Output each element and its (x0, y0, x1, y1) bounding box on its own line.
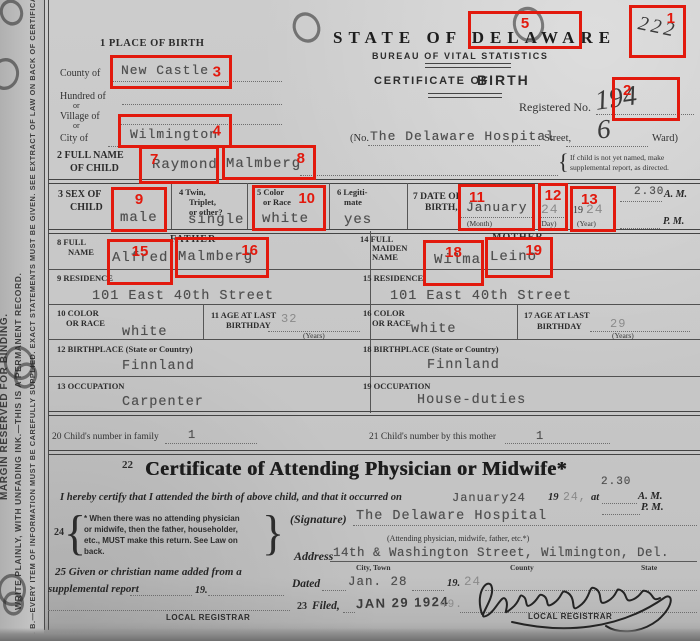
father-age-label-2: BIRTHDAY (226, 320, 271, 330)
annotation-number: 9 (135, 192, 143, 207)
annotation-box-15[interactable]: 15 (107, 239, 173, 285)
note-24-line-2: or midwife, then the father, householder… (84, 525, 238, 534)
note-brace: { (558, 149, 569, 175)
or-label-1: or (73, 101, 80, 110)
unnamed-child-note-1: If child is not yet named, make (570, 153, 664, 162)
annotation-box-5[interactable]: 5 (468, 11, 582, 49)
note-24-number: 24 (54, 527, 64, 538)
mother-color-label-1: 16 COLOR (363, 308, 405, 318)
dated-label: Dated (292, 578, 320, 590)
annotation-box-16[interactable]: 16 (175, 237, 269, 278)
annotation-box-1[interactable]: 1 (629, 5, 686, 58)
mother-birthplace-value: Finnland (427, 358, 500, 373)
dob-label-1: 7 DATE OF (413, 192, 461, 202)
annotation-number: 3 (213, 65, 221, 80)
ward-number-value: 6 (596, 113, 612, 145)
dated-value: Jan. 28 (348, 575, 408, 589)
margin-nb-text: N. B.—EVERY ITEM OF INFORMATION MUST BE … (28, 0, 37, 640)
annotation-number: 18 (445, 245, 462, 260)
note-brace-left: { (64, 505, 86, 561)
mother-name-label-3: NAME (372, 252, 398, 262)
dotted-line (122, 103, 282, 105)
legitimate-label-1: 6 Legiti- (337, 187, 367, 197)
annotation-box-2[interactable]: 2 (612, 77, 680, 121)
certify-time-value: 2.30 (601, 476, 631, 488)
mother-birthplace-label: 18 BIRTHPLACE (State or Country) (363, 344, 499, 354)
annotation-number: 10 (298, 191, 315, 206)
twin-value: single (188, 212, 244, 228)
dotted-line (412, 589, 444, 591)
certify-at-label: at (591, 492, 599, 503)
local-registrar-left-label: LOCAL REGISTRAR (166, 613, 250, 622)
annotation-box-11[interactable]: 11 (458, 184, 535, 231)
hospital-no-label: (No. (350, 133, 369, 144)
annotation-box-9[interactable]: 9 (111, 187, 167, 232)
father-occupation-label: 13 OCCUPATION (57, 381, 124, 391)
rule (171, 183, 172, 229)
father-color-value: white (122, 325, 168, 340)
annotation-number: 15 (132, 244, 149, 259)
mother-color-label-2: OR RACE (372, 318, 411, 328)
city-label: City of (60, 133, 88, 144)
mother-age-value: 29 (610, 317, 626, 331)
father-age-value: 32 (281, 312, 297, 326)
rule (48, 304, 700, 305)
dotted-line (130, 594, 192, 596)
filed-date-stamp: JAN 29 1924 (356, 594, 449, 611)
rule (330, 561, 697, 562)
birth-label: BIRTH (477, 72, 530, 88)
annotation-number: 12 (545, 188, 562, 203)
pm-label: P. M. (663, 216, 684, 227)
dotted-line (322, 589, 346, 591)
rule (407, 183, 408, 229)
note-brace-right: } (262, 505, 284, 561)
legitimate-label-2: mate (344, 197, 362, 207)
address-label: Address (294, 549, 333, 564)
scan-edge-shadow (0, 628, 700, 641)
child-number-family-value: 1 (188, 428, 196, 442)
father-residence-value: 101 East 40th Street (92, 289, 274, 304)
certify-year-value: 24, (563, 491, 587, 504)
note-24-line-3: etc., MUST make this return. See Law on (84, 536, 238, 545)
rule (517, 304, 518, 339)
annotation-number: 5 (521, 16, 529, 31)
sex-label-1: 3 SEX OF (58, 189, 101, 200)
dob-label-2: BIRTH, (425, 203, 458, 213)
annotation-number: 2 (623, 83, 631, 98)
registered-no-label: Registered No. (519, 100, 591, 115)
dotted-line (620, 200, 662, 202)
hospital-name-value: The Delaware Hospital (370, 129, 555, 144)
note-24-line-1: * When there was no attending physician (84, 514, 240, 523)
annotation-number: 16 (241, 243, 258, 258)
father-name-label-1: 8 FULL (57, 237, 86, 247)
physician-certificate-heading: Certificate of Attending Physician or Mi… (145, 458, 567, 481)
annotation-box-10[interactable]: 10 (252, 185, 326, 231)
annotation-number: 4 (213, 124, 221, 139)
margin-binding-text: MARGIN RESERVED FOR BINDING. (0, 30, 10, 500)
city-town-label: City, Town (356, 563, 391, 572)
binder-hole-mark (3, 591, 24, 615)
child-name-label-1: 2 FULL NAME (57, 150, 124, 161)
certificate-of-label: CERTIFICATE OF (374, 75, 489, 87)
mother-years-label: (Years) (612, 331, 634, 340)
father-age-label-1: 11 AGE AT LAST (211, 310, 276, 320)
unnamed-child-note-2: supplemental report, as directed. (570, 163, 669, 172)
annotation-box-13[interactable]: 13 (570, 186, 616, 232)
address-value: 14th & Washington Street, Wilmington, De… (333, 546, 669, 560)
annotation-box-3[interactable]: 3 (110, 55, 232, 89)
birth-time-value: 2.30 (634, 186, 664, 198)
father-occupation-value: Carpenter (122, 395, 204, 410)
twin-label-2: Triplet, (189, 197, 216, 207)
rule (44, 0, 49, 630)
child-number-family-label: 20 Child's number in family (52, 432, 159, 442)
dotted-line (505, 442, 610, 444)
annotation-number: 11 (469, 190, 485, 205)
margin-permanent-record-text: WRITE PLAINLY, WITH UNFADING INK.—THIS I… (13, 25, 23, 610)
mother-color-value: white (411, 322, 457, 337)
or-label-2: or (73, 121, 80, 130)
section-22-number: 22 (122, 459, 133, 471)
annotation-number: 1 (667, 11, 675, 26)
filed-label: Filed, (312, 600, 340, 612)
father-name-label-2: NAME (68, 247, 94, 257)
hundred-label: Hundred of (60, 91, 106, 102)
annotation-box-7[interactable]: 7 (139, 146, 219, 184)
mother-residence-label: 15 RESIDENCE (363, 273, 423, 283)
rule (48, 411, 700, 416)
legitimate-value: yes (344, 212, 372, 228)
rule (425, 63, 511, 68)
dotted-line (566, 145, 648, 147)
annotation-box-19[interactable]: 19 (485, 237, 553, 278)
child-number-mother-value: 1 (536, 429, 544, 443)
sex-label-2: CHILD (70, 202, 103, 213)
scanned-birth-certificate: MARGIN RESERVED FOR BINDING. WRITE PLAIN… (0, 0, 700, 641)
signature-sub-label: (Attending physician, midwife, father, e… (387, 534, 529, 543)
dotted-line (353, 524, 697, 526)
bureau-subtitle: BUREAU OF VITAL STATISTICS (372, 51, 548, 61)
ward-label: Ward) (652, 133, 678, 144)
father-color-label-1: 10 COLOR (57, 308, 99, 318)
annotation-box-8[interactable]: 8 (222, 145, 316, 180)
rule (428, 93, 502, 98)
father-birthplace-label: 12 BIRTHPLACE (State or Country) (57, 344, 193, 354)
annotation-number: 13 (581, 192, 598, 207)
certify-pm-label: P. M. (641, 502, 663, 513)
binder-hole-mark (288, 8, 326, 48)
place-of-birth-title: 1 PLACE OF BIRTH (100, 38, 204, 49)
dotted-line (48, 609, 290, 611)
note-24-line-4: back. (84, 547, 104, 556)
dotted-line (602, 513, 640, 515)
certify-year-printed: 19 (548, 492, 559, 503)
rule (48, 376, 700, 377)
rule (203, 304, 204, 339)
dated-year-printed: 19. (447, 578, 460, 589)
mother-age-label-2: BIRTHDAY (537, 321, 582, 331)
dotted-line (590, 330, 690, 332)
county-label: County of (60, 68, 100, 79)
supplemental-report-label: supplemental report (48, 583, 139, 595)
mother-age-label-1: 17 AGE AT LAST (524, 310, 590, 320)
am-label: A. M. (664, 189, 687, 200)
child-name-label-2: OF CHILD (70, 163, 119, 174)
father-residence-label: 9 RESIDENCE (57, 273, 113, 283)
mother-residence-value: 101 East 40th Street (390, 289, 572, 304)
certify-statement: I hereby certify that I attended the bir… (60, 492, 402, 503)
signature-value: The Delaware Hospital (356, 509, 547, 524)
mother-occupation-value: House-duties (417, 393, 526, 408)
line-25-label: 25 Given or christian name added from a (55, 566, 242, 578)
certify-date-value: January24 (452, 491, 526, 505)
rule (329, 183, 330, 229)
annotation-box-4[interactable]: 4 (118, 114, 232, 148)
street-label: Street, (544, 133, 571, 144)
signature-label: (Signature) (290, 512, 347, 527)
filed-number: 23 (297, 601, 307, 612)
father-color-label-2: OR RACE (66, 318, 105, 328)
supplemental-year-label: 19. (195, 585, 208, 596)
dotted-line (208, 594, 284, 596)
annotation-box-12[interactable]: 12 (538, 183, 568, 231)
annotation-number: 8 (297, 151, 305, 166)
dotted-line (165, 442, 257, 444)
annotation-number: 7 (150, 152, 158, 167)
rule (48, 450, 700, 455)
father-birthplace-value: Finnland (122, 359, 195, 374)
dotted-line (368, 144, 540, 146)
dotted-line (343, 611, 355, 613)
dotted-line (300, 174, 558, 176)
filed-extra-digits: 49. (440, 599, 463, 611)
twin-label-1: 4 Twin, (179, 187, 206, 197)
certify-am-label: A. M. (638, 491, 662, 502)
rule (247, 183, 248, 229)
rule (48, 339, 700, 340)
mother-occupation-label: 19 OCCUPATION (363, 381, 430, 391)
annotation-number: 19 (525, 243, 542, 258)
child-number-mother-label: 21 Child's number by this mother (369, 432, 496, 442)
dotted-line (602, 502, 637, 504)
annotation-box-18[interactable]: 18 (423, 240, 484, 286)
